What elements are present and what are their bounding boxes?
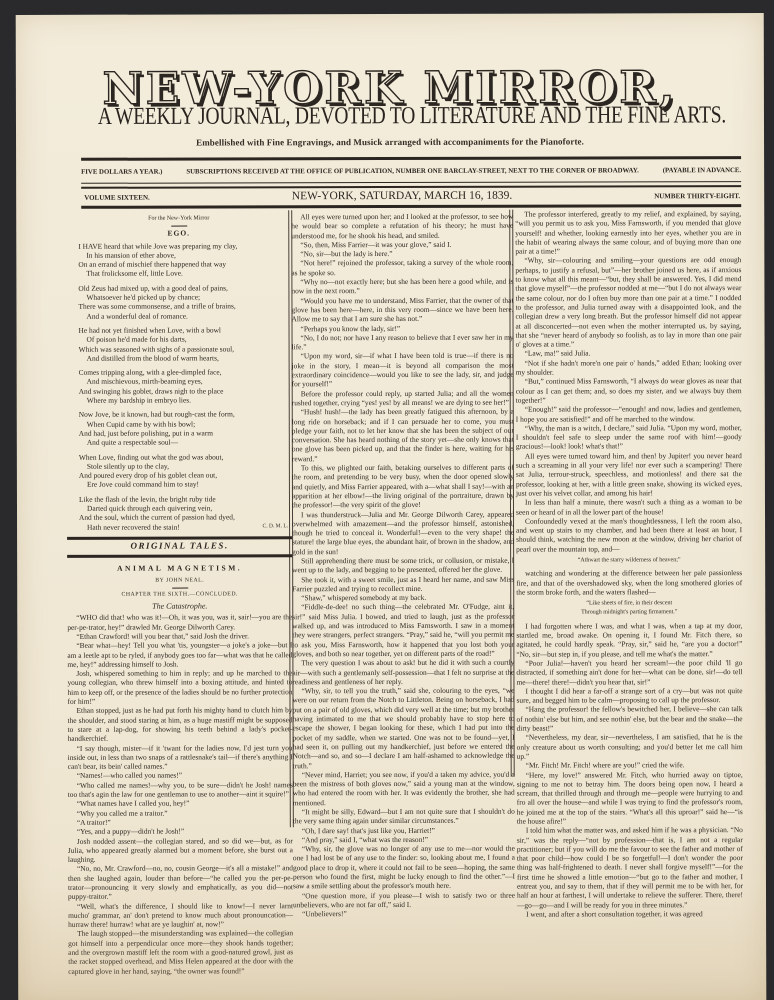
paragraph: “Nevertheless, my dear, sir—nevertheless… — [517, 732, 743, 760]
paragraph: She took it, with a sweet smile, just as… — [292, 574, 514, 593]
poem-title: EGO. — [66, 229, 291, 239]
poem-line: Comes tripping along, with a glee-dimple… — [79, 367, 292, 377]
story-byline: BY JOHN NEAL. — [67, 576, 292, 586]
poem-line: And had, just before polishing, put in a… — [79, 428, 292, 438]
poem-line: Of poison he'd made for his darts, — [79, 335, 292, 345]
paragraph: “Enough!” said the professor—“enough! an… — [516, 404, 742, 423]
paragraph: Ethan stopped, just as he had put forth … — [68, 706, 293, 744]
section-rule — [67, 536, 292, 540]
paragraph: “Poor Julia!—haven't you heard her screa… — [516, 658, 742, 686]
quote-line: “Athwart the starry wilderness of heaven… — [516, 556, 742, 566]
story-text: I had forgotten where I was, and what I … — [516, 621, 743, 919]
subscription-bar: FIVE DOLLARS A YEAR.) SUBSCRIPTIONS RECE… — [81, 167, 741, 176]
poem-line: And the soul, which the current of passi… — [79, 513, 292, 523]
poem-line: Which was seasoned with sighs of a passi… — [79, 344, 292, 354]
header-rule-bottom — [81, 204, 741, 209]
paragraph: “Who called me names!—why you, to be sur… — [68, 780, 293, 799]
paragraph: “Why, sir, the glove was no longer of an… — [293, 844, 515, 891]
header-rule-mid — [81, 181, 741, 184]
paragraph: “Unbelievers!” — [293, 909, 515, 919]
quote-line: Through midnight's parting firmament.” — [516, 609, 742, 619]
short-rule — [171, 226, 187, 227]
poem-line: In his mansion of ether above, — [78, 250, 291, 260]
paragraph: “No, no, Mr. Crawford—no, no, cousin Geo… — [68, 864, 293, 902]
poem-stanza: Like the flash of the levin, the bright … — [79, 494, 292, 532]
paragraph: “Would you have me to understand, Miss F… — [291, 295, 513, 323]
poem-credit: For the New-York Mirror — [66, 214, 291, 224]
poem-stanza: Now Jove, be it known, had but rough-cas… — [79, 410, 292, 448]
paragraph: Confoundedly vexed at the man's thoughtl… — [516, 516, 742, 554]
paragraph: I told him what the matter was, and aske… — [517, 825, 743, 909]
paragraph: “No, I do not; nor have I any reason to … — [292, 333, 514, 352]
paragraph: I went, and after a short consultation t… — [517, 909, 743, 919]
paragraph: Josh nodded assent—the collegian stared,… — [68, 836, 293, 864]
paragraph: “Not here!” rejoined the professor, taki… — [291, 258, 513, 277]
paragraph: “It might be silly, Edward—but I am not … — [293, 807, 515, 826]
poem-line: Where my bardship in embryo lies. — [79, 395, 292, 405]
issue-date: NEW-YORK, SATURDAY, MARCH 16, 1839. — [292, 190, 512, 203]
volume-number: VOLUME SIXTEEN. — [84, 194, 150, 202]
paragraph: “Upon my word, sir—if what I have been t… — [292, 351, 514, 389]
poem-stanza: Comes tripping along, with a glee-dimple… — [79, 367, 292, 405]
paragraph: “One question more, if you please—I wish… — [293, 890, 515, 909]
paragraph: “Here, my love!” answered Mr. Fitch, who… — [517, 770, 743, 826]
poem-line: And quite a respectable soul— — [79, 437, 292, 447]
column-two: All eyes were turned upon her; and I loo… — [291, 212, 515, 919]
poem-line: I HAVE heard that while Jove was prepari… — [78, 241, 291, 251]
short-rule — [172, 587, 188, 588]
paragraph: “Not if she hadn't more'n one pair o' ha… — [516, 358, 742, 377]
verse-quote: “Like sheets of fire, in their descentTh… — [516, 599, 742, 618]
paragraph: All eyes were turned upon her; and I loo… — [291, 212, 513, 240]
subscription-office: SUBSCRIPTIONS RECEIVED AT THE OFFICE OF … — [186, 167, 639, 175]
header-rule-top — [81, 156, 741, 161]
paragraph: watching and wondering at the difference… — [516, 568, 742, 596]
poem-line: Like the flash of the levin, the bright … — [79, 494, 292, 504]
poem-line: He had not yet finished when Love, with … — [79, 325, 292, 335]
header-rule-mid-thick — [81, 185, 741, 189]
paragraph: The laugh stopped—the misunderstanding w… — [68, 929, 293, 976]
paragraph: I had forgotten where I was, and what I … — [516, 621, 742, 659]
story-text: The professor interfered, greatly to my … — [515, 209, 742, 554]
paragraph: “But,” continued Miss Farnsworth, “I alw… — [516, 376, 742, 404]
paragraph: “Bear what—hey! Tell you what 'tis, youn… — [67, 641, 292, 669]
paragraph: Still apprehending there must be some tr… — [292, 556, 514, 575]
poem-line: On an errand of mischief there happened … — [78, 259, 291, 269]
paragraph: I thought I did hear a far-off a strange… — [516, 686, 742, 705]
paragraph: To this, we plighted our faith, betaking… — [292, 463, 514, 510]
poem-stanza: He had not yet finished when Love, with … — [79, 325, 292, 363]
poem-signature: C. D. M. L. — [263, 522, 289, 531]
poem-line: Now Jove, be it known, had but rough-cas… — [79, 410, 292, 420]
paragraph: Josh, whispered something to him in repl… — [67, 668, 292, 706]
poem-line: And swinging his goblet, draws nigh to t… — [79, 386, 292, 396]
poem-body: I HAVE heard that while Jove was prepari… — [66, 241, 292, 532]
paragraph: “Never mind, Harriet; you see now, if yo… — [293, 769, 515, 807]
paragraph: In less than half a minute, there wasn't… — [516, 497, 742, 516]
chapter-heading: CHAPTER THE SIXTH.—CONCLUDED. — [67, 590, 292, 600]
dateline: VOLUME SIXTEEN. NEW-YORK, SATURDAY, MARC… — [84, 189, 740, 203]
poem-line: And poured every drop of his goblet clea… — [79, 470, 292, 480]
poem-line: Darted quick through each quivering vein… — [79, 503, 292, 513]
subscription-payable: (PAYABLE IN ADVANCE. — [663, 167, 741, 174]
newspaper-page: NEW-YORK MIRROR, A WEEKLY JOURNAL, DEVOT… — [16, 13, 767, 1000]
poem-line: Whatsoever he'd picked up by chance; — [78, 292, 291, 302]
section-rule — [67, 554, 292, 558]
poem-line: And mischievous, mirth-beaming eyes, — [79, 377, 292, 387]
paragraph: The professor interfered, greatly to my … — [515, 209, 741, 256]
paragraph: “Why, the man is a witch, I declare,” sa… — [516, 423, 742, 451]
poem-line: And distilled from the blood of warm hea… — [79, 353, 292, 363]
subscription-price: FIVE DOLLARS A YEAR.) — [81, 169, 162, 176]
poem-line: There was some commonsense, and a trifle… — [78, 302, 291, 312]
poem-stanza: When Love, finding out what the god was … — [79, 452, 292, 490]
chapter-subtitle: The Catastrophe. — [67, 601, 292, 611]
poem-line: Hath never recovered the stain!C. D. M. … — [79, 522, 292, 532]
paragraph: All eyes were turned toward him, and the… — [516, 451, 742, 498]
paragraph: “Why, sir—colouring and smiling—your que… — [515, 256, 741, 350]
paragraph: “Why, sir, to tell you the truth,” said … — [292, 686, 514, 770]
poem-line: Stole silently up to the clay, — [79, 461, 292, 471]
poem-line: When Love, finding out what the god was … — [79, 452, 292, 462]
paragraph: “Hang the professor! the fellow's bewitc… — [517, 705, 743, 733]
paragraph: “Fiddle-de-dee! no such thing—the celebr… — [292, 602, 514, 658]
paragraph: “WHO did that! who was it!—Oh, it was yo… — [67, 613, 292, 632]
poem-line: And a wonderful deal of romance. — [78, 311, 291, 321]
masthead-subtitle: A WEEKLY JOURNAL, DEVOTED TO LITERATURE … — [78, 102, 746, 131]
paragraph: “Well, what's the difference, I should l… — [68, 901, 293, 929]
story-text: “WHO did that! who was it!—Oh, it was yo… — [67, 613, 293, 976]
column-three: The professor interfered, greatly to my … — [515, 209, 743, 919]
poem-stanza: Old Zeus had mixed up, with a good deal … — [78, 283, 291, 321]
masthead-embellishment: Embellished with Fine Engravings, and Mu… — [16, 136, 764, 148]
poem-line: Ere Jove could command him to stay! — [79, 480, 292, 490]
verse-quote: “Athwart the starry wilderness of heaven… — [516, 556, 742, 566]
poem-line: Old Zeus had mixed up, with a good deal … — [78, 283, 291, 293]
story-title: ANIMAL MAGNETISM. — [67, 563, 292, 573]
paragraph: I was thunderstruck—Julia and Mr. George… — [292, 509, 514, 556]
paragraph: “Hush! hush!—the lady has been greatly f… — [292, 407, 514, 463]
paragraph: “I say though, mister—if it 'twant for t… — [68, 743, 293, 771]
paragraph: The very question I was about to ask! bu… — [292, 658, 514, 686]
column-one: For the New-York Mirror EGO. I HAVE hear… — [66, 214, 293, 976]
issue-number: NUMBER THIRTY-EIGHT. — [654, 192, 740, 200]
section-title: ORIGINAL TALES. — [67, 541, 292, 551]
story-text: watching and wondering at the difference… — [516, 568, 742, 596]
paragraph: “Why no—not exactly here; but she has be… — [291, 277, 513, 296]
story-text: All eyes were turned upon her; and I loo… — [291, 212, 515, 919]
poem-line: That frolicksome elf, little Love. — [78, 269, 291, 279]
poem-stanza: I HAVE heard that while Jove was prepari… — [78, 241, 291, 279]
poem-line: When Cupid came by with his bowl; — [79, 419, 292, 429]
paragraph: Before the professor could reply, up sta… — [292, 388, 514, 407]
